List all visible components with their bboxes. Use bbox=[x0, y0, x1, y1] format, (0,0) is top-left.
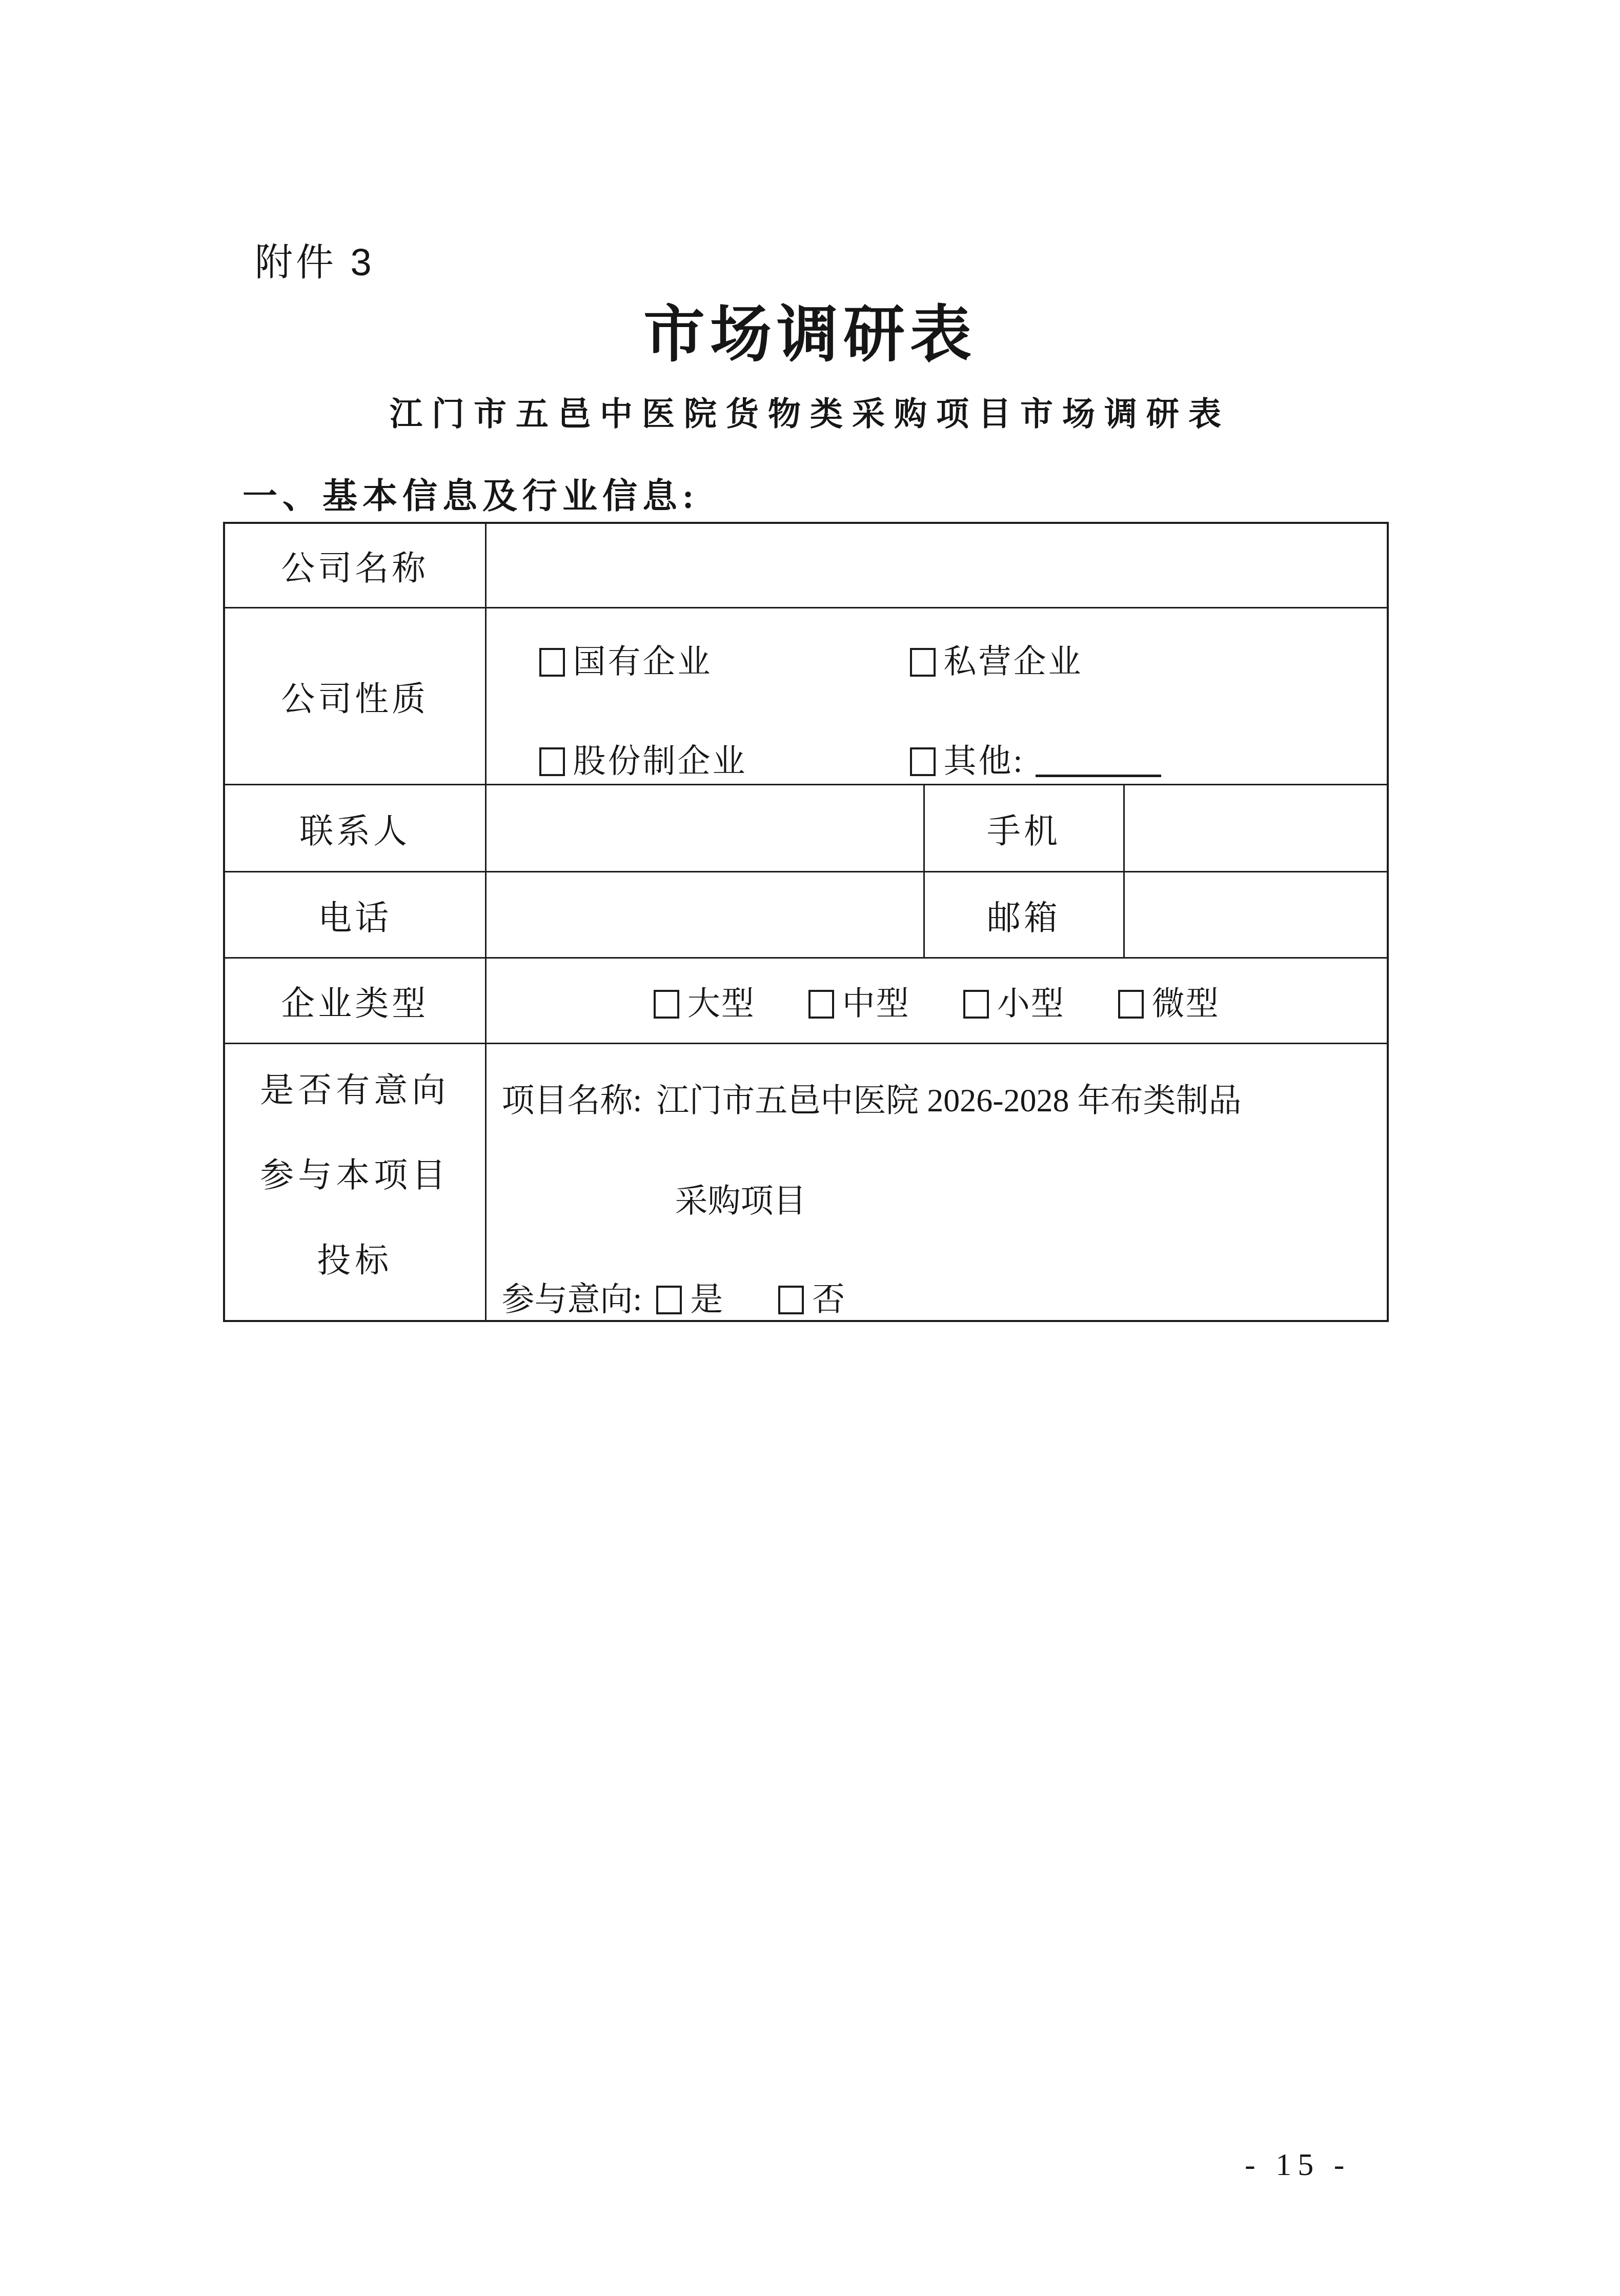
option-large[interactable]: 大型 bbox=[654, 977, 755, 1024]
mobile-label: 手机 bbox=[924, 784, 1124, 871]
section-heading: 一、基本信息及行业信息: bbox=[242, 471, 699, 522]
option-label: 其他: bbox=[944, 743, 1025, 779]
table-row-phone: 电话 邮箱 bbox=[224, 871, 1388, 958]
company-name-value-cell[interactable] bbox=[485, 523, 1388, 607]
contact-value-cell[interactable] bbox=[485, 784, 924, 871]
checkbox-icon[interactable] bbox=[963, 990, 989, 1019]
company-nature-options-cell: 国有企业 私营企业 股份制企业 其他: bbox=[485, 607, 1388, 784]
email-label: 邮箱 bbox=[924, 871, 1124, 958]
option-no[interactable]: 否 bbox=[778, 1273, 845, 1320]
option-yes[interactable]: 是 bbox=[656, 1273, 723, 1320]
table-row-contact: 联系人 手机 bbox=[224, 784, 1388, 871]
option-label: 大型 bbox=[687, 985, 755, 1022]
option-joint-stock[interactable]: 股份制企业 bbox=[539, 735, 910, 782]
checkbox-icon[interactable] bbox=[808, 990, 834, 1019]
project-name-line-2: 采购项目 bbox=[675, 1174, 1387, 1222]
basic-info-table: 公司名称 公司性质 国有企业 私营企业 股份制企业 其他: 联系人 手机 bbox=[223, 522, 1389, 1322]
checkbox-icon[interactable] bbox=[910, 648, 936, 677]
checkbox-icon[interactable] bbox=[778, 1286, 804, 1314]
project-name-text: 江门市五邑中医院 2026-2028 年布类制品 bbox=[656, 1074, 1241, 1121]
option-label: 是 bbox=[690, 1281, 723, 1317]
option-label: 私营企业 bbox=[944, 643, 1083, 680]
option-state-owned[interactable]: 国有企业 bbox=[539, 635, 910, 682]
checkbox-icon[interactable] bbox=[654, 990, 679, 1019]
attachment-label: 附件 3 bbox=[255, 237, 375, 288]
document-subtitle: 江门市五邑中医院货物类采购项目市场调研表 bbox=[0, 389, 1620, 440]
option-other[interactable]: 其他: bbox=[910, 735, 1162, 782]
other-fill-line[interactable] bbox=[1036, 746, 1161, 777]
intention-label: 参与意向: bbox=[502, 1273, 642, 1320]
option-label: 小型 bbox=[997, 985, 1065, 1022]
project-name-label: 项目名称: bbox=[502, 1074, 642, 1121]
company-name-label: 公司名称 bbox=[224, 523, 485, 607]
intention-options-line: 参与意向: 是 否 bbox=[487, 1273, 1387, 1320]
bid-intention-label-line: 投标 bbox=[225, 1244, 485, 1278]
bid-intention-label-line: 是否有意向 bbox=[225, 1074, 485, 1108]
table-row-enterprise-type: 企业类型 大型 中型 小型 微型 bbox=[224, 958, 1388, 1043]
checkbox-icon[interactable] bbox=[539, 747, 565, 776]
option-label: 微型 bbox=[1152, 985, 1220, 1022]
company-nature-label: 公司性质 bbox=[224, 607, 485, 784]
project-name-text: 采购项目 bbox=[675, 1174, 806, 1222]
option-label: 股份制企业 bbox=[573, 743, 747, 779]
mobile-value-cell[interactable] bbox=[1124, 784, 1388, 871]
contact-label: 联系人 bbox=[224, 784, 485, 871]
bid-intention-content-cell: 项目名称: 江门市五邑中医院 2026-2028 年布类制品 采购项目 参与意向… bbox=[485, 1043, 1388, 1321]
table-row-bid-intention: 是否有意向 参与本项目 投标 项目名称: 江门市五邑中医院 2026-2028 … bbox=[224, 1043, 1388, 1321]
option-small[interactable]: 小型 bbox=[963, 977, 1065, 1024]
project-name-line-1: 项目名称: 江门市五邑中医院 2026-2028 年布类制品 bbox=[487, 1074, 1387, 1121]
checkbox-icon[interactable] bbox=[910, 747, 936, 776]
option-micro[interactable]: 微型 bbox=[1118, 977, 1220, 1024]
document-title: 市场调研表 bbox=[0, 296, 1620, 373]
option-label: 中型 bbox=[842, 985, 910, 1022]
enterprise-type-options-cell: 大型 中型 小型 微型 bbox=[485, 958, 1388, 1043]
page-number: - 15 - bbox=[1245, 2147, 1350, 2183]
table-row-company-name: 公司名称 bbox=[224, 523, 1388, 607]
option-label: 否 bbox=[812, 1281, 845, 1317]
enterprise-type-label: 企业类型 bbox=[224, 958, 485, 1043]
option-label: 国有企业 bbox=[573, 643, 713, 680]
nature-options-line-2: 股份制企业 其他: bbox=[487, 735, 1387, 782]
bid-intention-label-line: 参与本项目 bbox=[225, 1159, 485, 1193]
document-page: 附件 3 市场调研表 江门市五邑中医院货物类采购项目市场调研表 一、基本信息及行… bbox=[0, 0, 1620, 2296]
table-row-company-nature: 公司性质 国有企业 私营企业 股份制企业 其他: bbox=[224, 607, 1388, 784]
option-private[interactable]: 私营企业 bbox=[910, 635, 1083, 682]
phone-label: 电话 bbox=[224, 871, 485, 958]
checkbox-icon[interactable] bbox=[656, 1286, 682, 1314]
bid-intention-label: 是否有意向 参与本项目 投标 bbox=[224, 1043, 485, 1321]
option-medium[interactable]: 中型 bbox=[808, 977, 910, 1024]
nature-options-line-1: 国有企业 私营企业 bbox=[487, 635, 1387, 682]
email-value-cell[interactable] bbox=[1124, 871, 1388, 958]
checkbox-icon[interactable] bbox=[539, 648, 565, 677]
checkbox-icon[interactable] bbox=[1118, 990, 1144, 1019]
phone-value-cell[interactable] bbox=[485, 871, 924, 958]
